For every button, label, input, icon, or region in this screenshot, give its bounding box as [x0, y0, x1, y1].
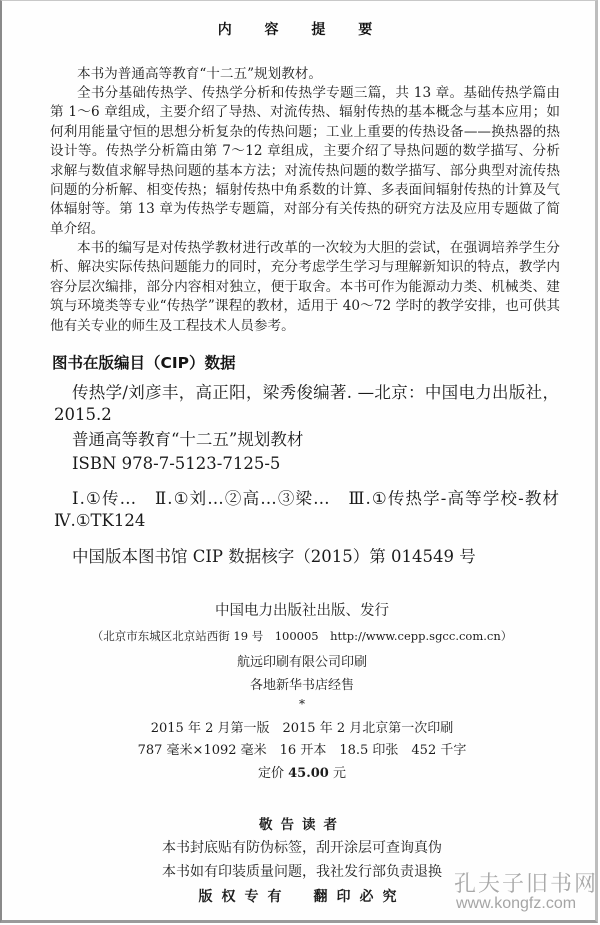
cip-title-author: 传热学/刘彦丰，高正阳，梁秀俊编著. —北京：中国电力出版社，2015.2	[54, 382, 559, 426]
cip-heading: 图书在版编目（CIP）数据	[52, 351, 236, 373]
price-value: 45.00	[288, 766, 329, 781]
format-info: 787 毫米×1092 毫米 16 开本 18.5 印张 452 千字	[2, 739, 600, 758]
cip-series: 普通高等教育“十二五”规划教材	[54, 429, 559, 451]
notice-title: 敬告读者	[2, 813, 600, 833]
price-unit: 元	[333, 766, 346, 781]
publisher-address: （北京市东城区北京站西街 19 号 100005 http://www.cepp…	[2, 628, 600, 644]
printer: 航远印刷有限公司印刷	[2, 651, 600, 670]
cip-classification: Ⅰ.①传… Ⅱ.①刘…②高…③梁… Ⅲ.①传热学-高等学校-教材 Ⅳ.①TK12…	[54, 488, 559, 532]
summary-title: 内 容 提 要	[2, 19, 600, 39]
book-copyright-page: 内 容 提 要 本书为普通高等教育“十二五”规划教材。 全书分基础传热学、传热学…	[0, 0, 598, 923]
watermark-text: 孔夫子旧书网	[454, 867, 598, 898]
distributor: 各地新华书店经售	[2, 674, 600, 693]
summary-paragraph-2: 全书分基础传热学、传热学分析和传热学专题三篇，共 13 章。基础传热学篇由第 1…	[50, 84, 560, 239]
cip-isbn: ISBN 978-7-5123-7125-5	[54, 453, 559, 475]
publisher: 中国电力出版社出版、发行	[2, 599, 600, 620]
price: 定价 45.00 元	[2, 762, 600, 781]
price-label: 定价	[258, 766, 284, 781]
notice-anti-counterfeit: 本书封底贴有防伪标签，刮开涂层可查询真伪	[2, 837, 600, 857]
summary-paragraph-3: 本书的编写是对传热学教材进行改革的一次较为大胆的尝试，在强调培养学生分析、解决实…	[50, 239, 560, 336]
summary-paragraph-1: 本书为普通高等教育“十二五”规划教材。	[50, 65, 560, 84]
cip-record-number: 中国版本图书馆 CIP 数据核字（2015）第 014549 号	[54, 546, 559, 568]
edition-info: 2015 年 2 月第一版 2015 年 2 月北京第一次印刷	[2, 717, 600, 736]
separator-star: *	[2, 697, 600, 711]
watermark-url: www.kongfz.com	[456, 895, 576, 913]
